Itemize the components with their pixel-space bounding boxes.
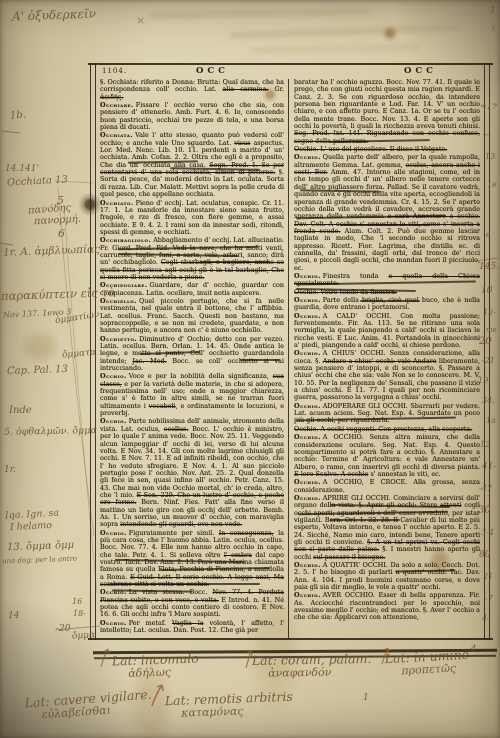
dictionary-entry: Occhio.Parte nobilissima dell' animale, … — [100, 418, 284, 528]
dictionary-entry: Occhio.La vista stessa. Bocc. Nov. 77. 4… — [100, 589, 284, 618]
margin-dash — [0, 243, 13, 245]
dictionary-entry: Occhio.ADOPERARE GLI OCCHI. Sbarrarli pe… — [294, 403, 480, 425]
handwritten-number-note: 1a — [486, 416, 496, 425]
frame-rule-top — [88, 63, 493, 65]
dictionary-entry: Occhio.A OCCHIO. Senza altra misura, che… — [294, 434, 480, 478]
handwritten-note: παρακύπτειν εἰς τὸ — [1, 285, 115, 303]
dictionary-entry: §. Occhiata: riferito a Donna: Brutta: Q… — [100, 79, 284, 101]
entry-body: Quella parte dell' albero, per la quale … — [294, 153, 480, 271]
handwritten-number-note: -7 — [485, 594, 493, 603]
latin-greek-gloss: Lat: cavere vigilare. εὐλαβεῖσθαι — [24, 687, 153, 723]
fold-line — [64, 206, 97, 592]
bleed-through-mark — [250, 45, 420, 54]
column-divider-rule — [288, 79, 289, 638]
handwritten-note: 5. ὀφθαλμῶν. ὄμμα — [4, 425, 97, 438]
handwritten-number-note: =17 — [480, 101, 498, 111]
dictionary-entry: Occhio.A QUATTR' OCCHI. Da solo a solo. … — [294, 562, 480, 591]
dictionary-entry: Occhio.A OCCHIO, E CROCE. Alla grossa, s… — [294, 479, 480, 494]
dictionary-entry: Occhio.A CALD' OCCHI. Con molta passione… — [294, 313, 480, 350]
handwritten-note: Occhiata 13 — [7, 174, 68, 188]
entry-body: Vale l' atto stesso, quanto può vedersi … — [100, 131, 284, 198]
entry-body: APRIRE GLI OCCHI. Cominciare a servirsi … — [294, 494, 480, 561]
right-column: baratar ha l' occhio aguzzo. Bocc. Nov. … — [294, 79, 480, 635]
handwritten-number-note: i — [492, 24, 495, 33]
running-head-right: OCC — [404, 66, 437, 76]
entry-body: A QUATTR' OCCHI. Da solo a solo. Cecch. … — [294, 561, 480, 591]
handwritten-number-note: 34. — [482, 396, 495, 405]
handwritten-number-note: 1e — [487, 180, 497, 189]
handwritten-number-note: 12 — [480, 440, 490, 449]
latin-gloss: 1 — [363, 693, 379, 703]
handwritten-number-note: 10 — [481, 286, 492, 296]
handwritten-note: 18- — [73, 609, 86, 618]
handwritten-note: 1b. — [10, 109, 27, 121]
handwritten-number-note: 13 — [485, 152, 495, 161]
page-number: 1104. — [102, 67, 127, 75]
entry-body: Voce e per la nobilità della significanz… — [100, 372, 284, 417]
entry-body: A OCCHIO. Senza altra misura, che della … — [294, 433, 480, 478]
handwritten-note: 6 — [58, 227, 65, 240]
dictionary-entry: Occhietto.Diminutivo d' Occhio; detto co… — [100, 336, 284, 373]
handwritten-number-note: 41- — [482, 462, 497, 472]
handwritten-note: I helamo — [10, 520, 52, 533]
dictionary-entry: Occhio.A CHIUS' OCCHI. Senza considerazi… — [294, 350, 480, 401]
running-head-left: OCC — [196, 66, 229, 76]
handwritten-note: 14.141' — [5, 164, 39, 174]
handwritten-number-note: -21 — [482, 356, 495, 365]
dictionary-entry: Occhiare.Fissare l' occhio verso che che… — [100, 102, 284, 131]
handwritten-note: × — [136, 14, 145, 27]
entry-body: §. Occhiata: riferito a Donna: Brutta: Q… — [100, 79, 284, 101]
handwritten-number-note: -47 — [479, 484, 492, 493]
bleed-through-mark — [150, 8, 370, 19]
fold-line — [58, 188, 94, 536]
handwritten-number-note: 80 — [479, 550, 490, 560]
margin-dash — [2, 131, 20, 133]
handwritten-note: ὄμμα — [72, 630, 96, 642]
handwritten-number-note: — — [483, 130, 491, 139]
greek-gloss: προπετῶς — [401, 661, 470, 678]
manuscript-page: 1104. OCC OCC §. Occhiata: riferito a Do… — [0, 0, 500, 738]
entry-body: AVER OCCHIO. Esser di bella apparenza. F… — [294, 591, 480, 621]
entry-body: Parte nobilissima dell' animale, stromen… — [100, 417, 284, 528]
handwritten-note: Α' ὀξυδερκεῖν — [12, 7, 96, 24]
dictionary-entry: Occhio.Per metaf. Vaglia la volontà, l' … — [100, 620, 284, 635]
entry-body: Per metaf. Vaglia la volontà, l' affetto… — [100, 619, 284, 634]
entry-body: A CHIUS' OCCHI. Senza considerazione, al… — [294, 349, 480, 401]
dictionary-entry: Occhio.AVER OCCHIO. Esser di bella appar… — [294, 592, 480, 621]
dictionary-entry: Occhibagliolo.Abbagliamento d' occhj. La… — [100, 237, 284, 281]
handwritten-number-note: 21 — [483, 572, 493, 581]
entry-body: baratar ha l' occhio aguzzo. Bocc. Nov. … — [294, 79, 480, 145]
handwritten-note: Inde — [9, 405, 32, 416]
dictionary-entry: Occhio.Quella parte dell' albero, per la… — [294, 154, 480, 272]
handwritten-note: una dog: per la antro — [2, 555, 77, 566]
handwritten-number-note: 19. — [478, 376, 491, 385]
entry-body: A CALD' OCCHI. Con molta passione; ferve… — [294, 312, 480, 349]
dictionary-entry: baratar ha l' occhio aguzzo. Bocc. Nov. … — [294, 79, 480, 145]
handwritten-note: Cap. Pal. 13 — [7, 364, 68, 377]
entry-body: Occhio. A occhi veggenti. Con prestezza,… — [294, 425, 472, 433]
bleed-through-mark — [230, 24, 460, 39]
handwritten-number-note: 3-4 — [481, 528, 494, 537]
handwritten-number-note: 12- — [483, 308, 496, 317]
handwritten-note: ὄμματα — [62, 348, 97, 361]
handwritten-number-note: -e — [483, 230, 490, 239]
entry-body: Abbagliamento d' occhj. Lat. allucinatio… — [100, 236, 284, 281]
handwritten-number-note: 20 — [479, 336, 492, 347]
handwritten-number-note: 4- — [482, 614, 490, 623]
handwritten-note: 1r. Α. ἀμβλυωπίας — [3, 243, 100, 258]
handwritten-number-note: 30 — [478, 505, 491, 516]
handwritten-number-note: me — [486, 326, 497, 334]
dictionary-entry: Occhiato.Pieno d' occhj. Lat. oculatus, … — [100, 200, 284, 237]
insertion-arrow — [152, 685, 163, 706]
latin-greek-gloss: Lat: incomulo ἀδήλως — [112, 650, 200, 680]
latin-greek-gloss: 1 — [363, 693, 379, 702]
entry-body: La vista stessa. Bocc. Nov. 77. 4. Perdu… — [100, 588, 284, 618]
entry-body: Parte della briglia, cioè quel buco, che… — [294, 296, 480, 311]
greek-gloss: καταμόνας — [181, 703, 293, 720]
entry-body: Occhio. L' uso del giocoliere. Il disse … — [294, 145, 447, 153]
dictionary-entry: Occhieggiare.Guardare, dar d' occhio, gu… — [100, 282, 284, 297]
greek-gloss: ἀναφανδόν — [268, 665, 372, 680]
handwritten-number-note: 145. — [479, 262, 499, 272]
handwritten-note: 1r. — [4, 465, 16, 475]
handwritten-note: -20 — [56, 624, 71, 634]
entry-body: A OCCHIO, E CROCE. Alla grossa, senza co… — [294, 478, 480, 493]
dictionary-entry: Occhiello.Quel piccolo pertugio, che si … — [100, 298, 284, 335]
handwritten-note: 16 — [72, 597, 82, 606]
handwritten-note: πανορμή. — [34, 214, 81, 227]
dictionary-entry: Occhiata.Vale l' atto stesso, quanto può… — [100, 132, 284, 198]
frame-rule-bottom — [88, 638, 493, 640]
latin-greek-gloss: Lat: remotis arbitris καταμόνας — [165, 689, 294, 720]
entry-body: ADOPERARE GLI OCCHI. Sbarrarli per veder… — [294, 402, 480, 425]
latin-greek-gloss: Lat: in umine προπετῶς — [384, 647, 470, 678]
dictionary-entry: Occhio.Voce e per la nobilità della sign… — [100, 373, 284, 417]
handwritten-note: 14 — [8, 611, 19, 621]
handwritten-number-note: 4. — [470, 644, 480, 655]
handwritten-number-note: 1 — [490, 6, 496, 16]
latin-greek-gloss: Lat: coram, palam. ἀναφανδόν — [252, 651, 372, 680]
greek-gloss: ἀδήλως — [128, 664, 199, 679]
handwritten-note: 13. ὄμμα ὄμμ — [7, 540, 74, 553]
